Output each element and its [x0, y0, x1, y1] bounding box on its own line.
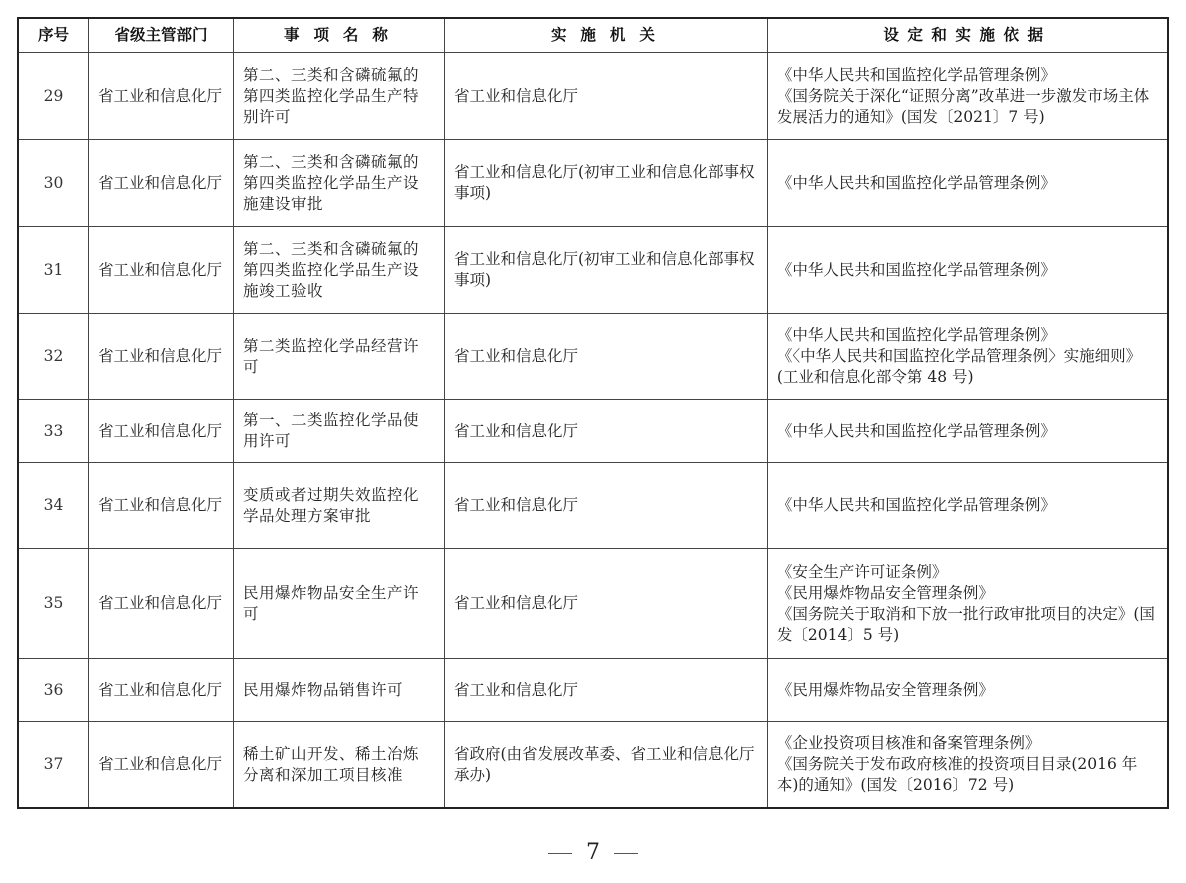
page-number-value: 7: [586, 840, 600, 865]
page-dash-left: [548, 853, 572, 854]
cell-basis: 《企业投资项目核准和备案管理条例》 《国务院关于发布政府核准的投资项目目录(20…: [767, 722, 1168, 809]
cell-dept: 省工业和信息化厅: [89, 227, 234, 314]
cell-item: 稀土矿山开发、稀土冶炼分离和深加工项目核准: [234, 722, 445, 809]
header-agency: 实施机关: [444, 18, 767, 53]
table-row: 36 省工业和信息化厅 民用爆炸物品销售许可 省工业和信息化厅 《民用爆炸物品安…: [18, 659, 1168, 722]
cell-seq: 33: [18, 400, 89, 463]
cell-basis: 《中华人民共和国监控化学品管理条例》: [767, 140, 1168, 227]
cell-seq: 36: [18, 659, 89, 722]
cell-agency: 省工业和信息化厅(初审工业和信息化部事权事项): [444, 140, 767, 227]
cell-basis: 《中华人民共和国监控化学品管理条例》: [767, 227, 1168, 314]
cell-agency: 省工业和信息化厅: [444, 549, 767, 659]
cell-agency: 省工业和信息化厅(初审工业和信息化部事权事项): [444, 227, 767, 314]
table-row: 35 省工业和信息化厅 民用爆炸物品安全生产许可 省工业和信息化厅 《安全生产许…: [18, 549, 1168, 659]
basis-line: 《安全生产许可证条例》: [777, 562, 1158, 583]
basis-line: 《国务院关于取消和下放一批行政审批项目的决定》(国发〔2014〕5 号): [777, 604, 1158, 646]
cell-dept: 省工业和信息化厅: [89, 549, 234, 659]
cell-dept: 省工业和信息化厅: [89, 314, 234, 400]
basis-line: 《中华人民共和国监控化学品管理条例》: [777, 421, 1158, 442]
cell-agency: 省工业和信息化厅: [444, 659, 767, 722]
cell-seq: 32: [18, 314, 89, 400]
header-basis: 设定和实施依据: [767, 18, 1168, 53]
page-dash-right: [614, 853, 638, 854]
basis-line: 《中华人民共和国监控化学品管理条例》: [777, 260, 1158, 281]
cell-seq: 31: [18, 227, 89, 314]
table-header-row: 序号 省级主管部门 事项名称 实施机关 设定和实施依据: [18, 18, 1168, 53]
basis-line: 《〈中华人民共和国监控化学品管理条例〉实施细则》(工业和信息化部令第 48 号): [777, 346, 1158, 388]
cell-item: 民用爆炸物品安全生产许可: [234, 549, 445, 659]
cell-basis: 《中华人民共和国监控化学品管理条例》 《〈中华人民共和国监控化学品管理条例〉实施…: [767, 314, 1168, 400]
table-row: 32 省工业和信息化厅 第二类监控化学品经营许可 省工业和信息化厅 《中华人民共…: [18, 314, 1168, 400]
cell-agency: 省工业和信息化厅: [444, 400, 767, 463]
basis-line: 《中华人民共和国监控化学品管理条例》: [777, 495, 1158, 516]
header-item: 事项名称: [234, 18, 445, 53]
basis-line: 《中华人民共和国监控化学品管理条例》: [777, 325, 1158, 346]
cell-seq: 35: [18, 549, 89, 659]
cell-agency: 省工业和信息化厅: [444, 314, 767, 400]
table-row: 33 省工业和信息化厅 第一、二类监控化学品使用许可 省工业和信息化厅 《中华人…: [18, 400, 1168, 463]
cell-seq: 30: [18, 140, 89, 227]
basis-line: 《企业投资项目核准和备案管理条例》: [777, 733, 1158, 754]
cell-item: 第二类监控化学品经营许可: [234, 314, 445, 400]
cell-agency: 省政府(由省发展改革委、省工业和信息化厅承办): [444, 722, 767, 809]
basis-line: 《国务院关于发布政府核准的投资项目目录(2016 年本)的通知》(国发〔2016…: [777, 754, 1158, 796]
cell-dept: 省工业和信息化厅: [89, 659, 234, 722]
page-number: 7: [0, 840, 1186, 865]
table-row: 34 省工业和信息化厅 变质或者过期失效监控化学品处理方案审批 省工业和信息化厅…: [18, 463, 1168, 549]
cell-basis: 《中华人民共和国监控化学品管理条例》: [767, 400, 1168, 463]
cell-dept: 省工业和信息化厅: [89, 53, 234, 140]
cell-item: 第二、三类和含磷硫氟的第四类监控化学品生产设施竣工验收: [234, 227, 445, 314]
table-row: 37 省工业和信息化厅 稀土矿山开发、稀土冶炼分离和深加工项目核准 省政府(由省…: [18, 722, 1168, 809]
cell-agency: 省工业和信息化厅: [444, 463, 767, 549]
cell-dept: 省工业和信息化厅: [89, 722, 234, 809]
cell-item: 第二、三类和含磷硫氟的第四类监控化学品生产设施建设审批: [234, 140, 445, 227]
cell-item: 民用爆炸物品销售许可: [234, 659, 445, 722]
basis-line: 《民用爆炸物品安全管理条例》: [777, 680, 1158, 701]
header-seq: 序号: [18, 18, 89, 53]
cell-basis: 《中华人民共和国监控化学品管理条例》: [767, 463, 1168, 549]
basis-line: 《民用爆炸物品安全管理条例》: [777, 583, 1158, 604]
cell-agency: 省工业和信息化厅: [444, 53, 767, 140]
basis-line: 《中华人民共和国监控化学品管理条例》: [777, 173, 1158, 194]
table-row: 31 省工业和信息化厅 第二、三类和含磷硫氟的第四类监控化学品生产设施竣工验收 …: [18, 227, 1168, 314]
cell-seq: 34: [18, 463, 89, 549]
cell-item: 第二、三类和含磷硫氟的第四类监控化学品生产特别许可: [234, 53, 445, 140]
cell-item: 变质或者过期失效监控化学品处理方案审批: [234, 463, 445, 549]
cell-basis: 《安全生产许可证条例》 《民用爆炸物品安全管理条例》 《国务院关于取消和下放一批…: [767, 549, 1168, 659]
cell-item: 第一、二类监控化学品使用许可: [234, 400, 445, 463]
licensing-items-table: 序号 省级主管部门 事项名称 实施机关 设定和实施依据 29 省工业和信息化厅 …: [17, 17, 1169, 809]
cell-dept: 省工业和信息化厅: [89, 140, 234, 227]
cell-basis: 《中华人民共和国监控化学品管理条例》 《国务院关于深化“证照分离”改革进一步激发…: [767, 53, 1168, 140]
cell-basis: 《民用爆炸物品安全管理条例》: [767, 659, 1168, 722]
table-row: 30 省工业和信息化厅 第二、三类和含磷硫氟的第四类监控化学品生产设施建设审批 …: [18, 140, 1168, 227]
cell-seq: 37: [18, 722, 89, 809]
cell-seq: 29: [18, 53, 89, 140]
cell-dept: 省工业和信息化厅: [89, 400, 234, 463]
cell-dept: 省工业和信息化厅: [89, 463, 234, 549]
basis-line: 《国务院关于深化“证照分离”改革进一步激发市场主体发展活力的通知》(国发〔202…: [777, 86, 1158, 128]
header-dept: 省级主管部门: [89, 18, 234, 53]
basis-line: 《中华人民共和国监控化学品管理条例》: [777, 65, 1158, 86]
table-row: 29 省工业和信息化厅 第二、三类和含磷硫氟的第四类监控化学品生产特别许可 省工…: [18, 53, 1168, 140]
